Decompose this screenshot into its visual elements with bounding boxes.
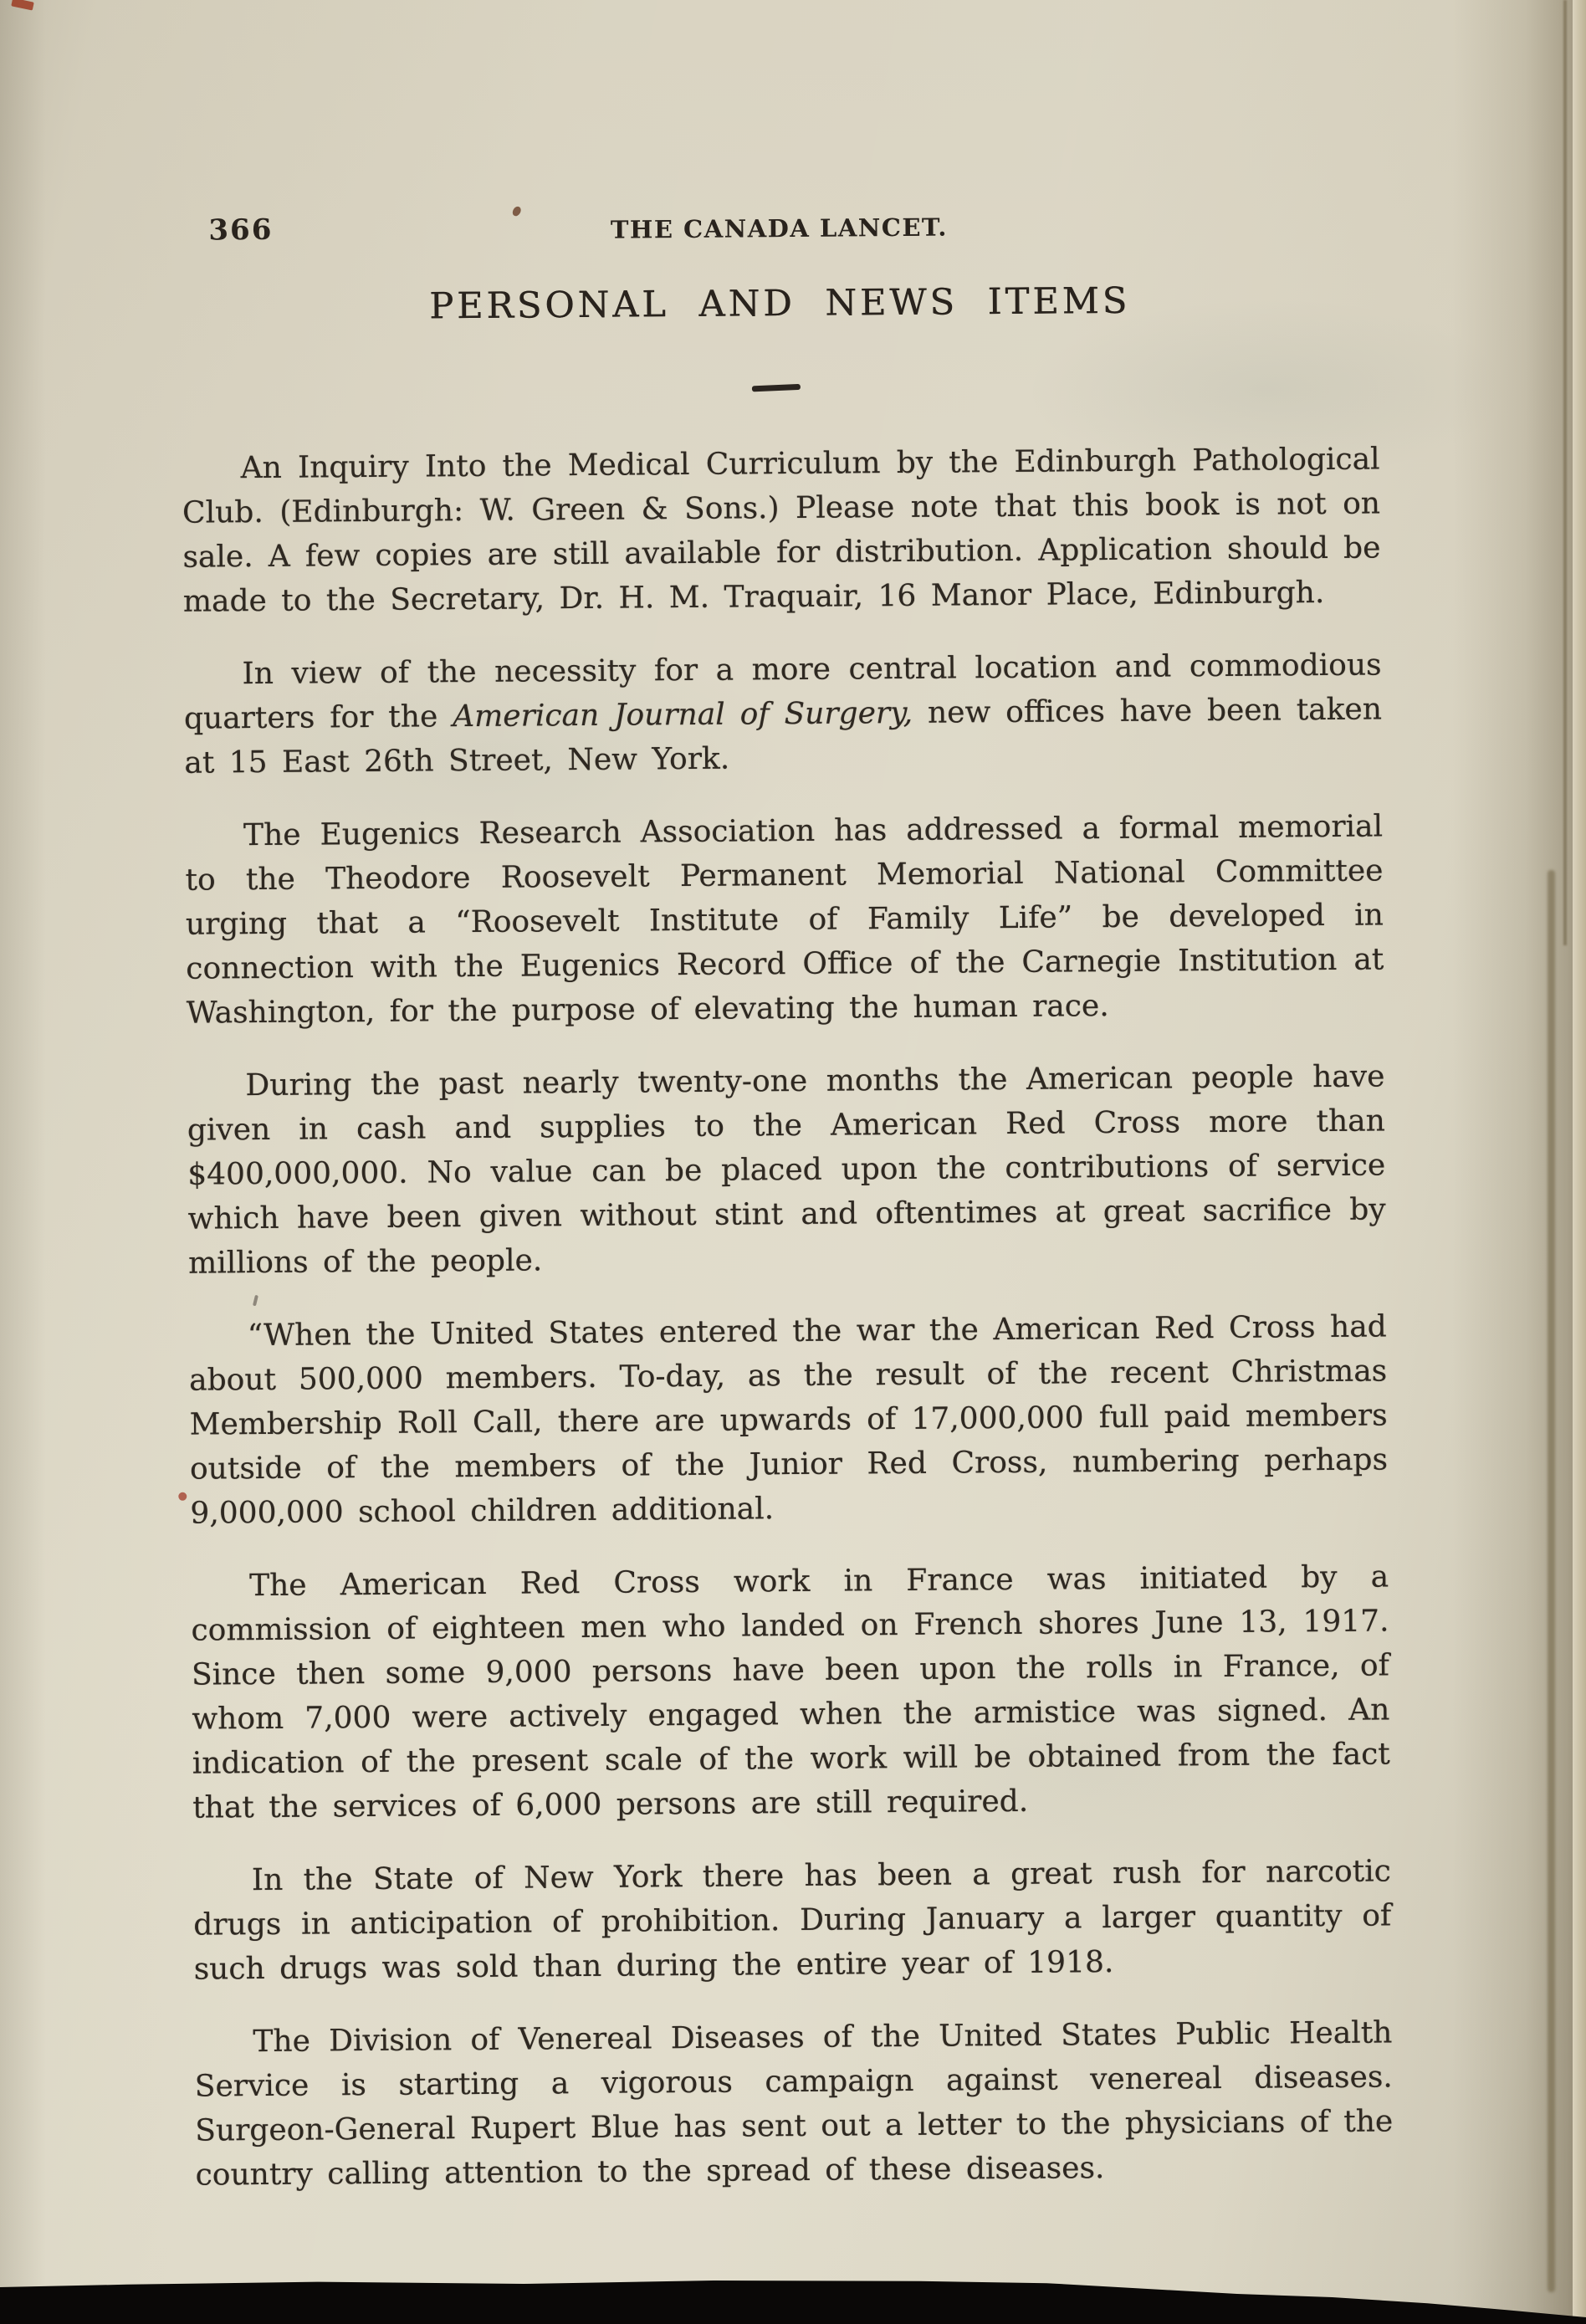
article-body: An Inquiry Into the Medical Curriculum b… <box>182 437 1394 2225</box>
paragraph-6: The American Red Cross work in France wa… <box>191 1554 1390 1830</box>
page-edge-line-upper <box>1563 0 1567 945</box>
title-divider <box>752 384 801 392</box>
journal-title-italic: American Journal of Surgery, <box>453 696 913 734</box>
page-content: 366 THE CANADA LANCET. PERSONAL AND NEWS… <box>0 0 1586 2324</box>
page-edge-strip <box>1573 0 1586 2324</box>
paragraph-7: In the State of New York there has been … <box>193 1849 1392 1991</box>
paragraph-2: In view of the necessity for a more cent… <box>183 642 1382 785</box>
scanned-journal-page: 366 THE CANADA LANCET. PERSONAL AND NEWS… <box>0 0 1586 2324</box>
paper-speck-red <box>178 1492 187 1501</box>
paragraph-1: An Inquiry Into the Medical Curriculum b… <box>182 437 1381 623</box>
section-title: PERSONAL AND NEWS ITEMS <box>181 278 1379 329</box>
journal-header: THE CANADA LANCET. <box>180 209 1378 247</box>
paragraph-5: “When the United States entered the war … <box>189 1304 1389 1535</box>
paragraph-4: During the past nearly twenty-one months… <box>187 1054 1386 1285</box>
paragraph-8: The Division of Venereal Diseases of the… <box>194 2010 1394 2197</box>
paragraph-3: The Eugenics Research Association has ad… <box>185 804 1384 1035</box>
left-edge-shadow <box>0 0 46 2324</box>
page-edge-line-lower <box>1548 870 1555 2292</box>
